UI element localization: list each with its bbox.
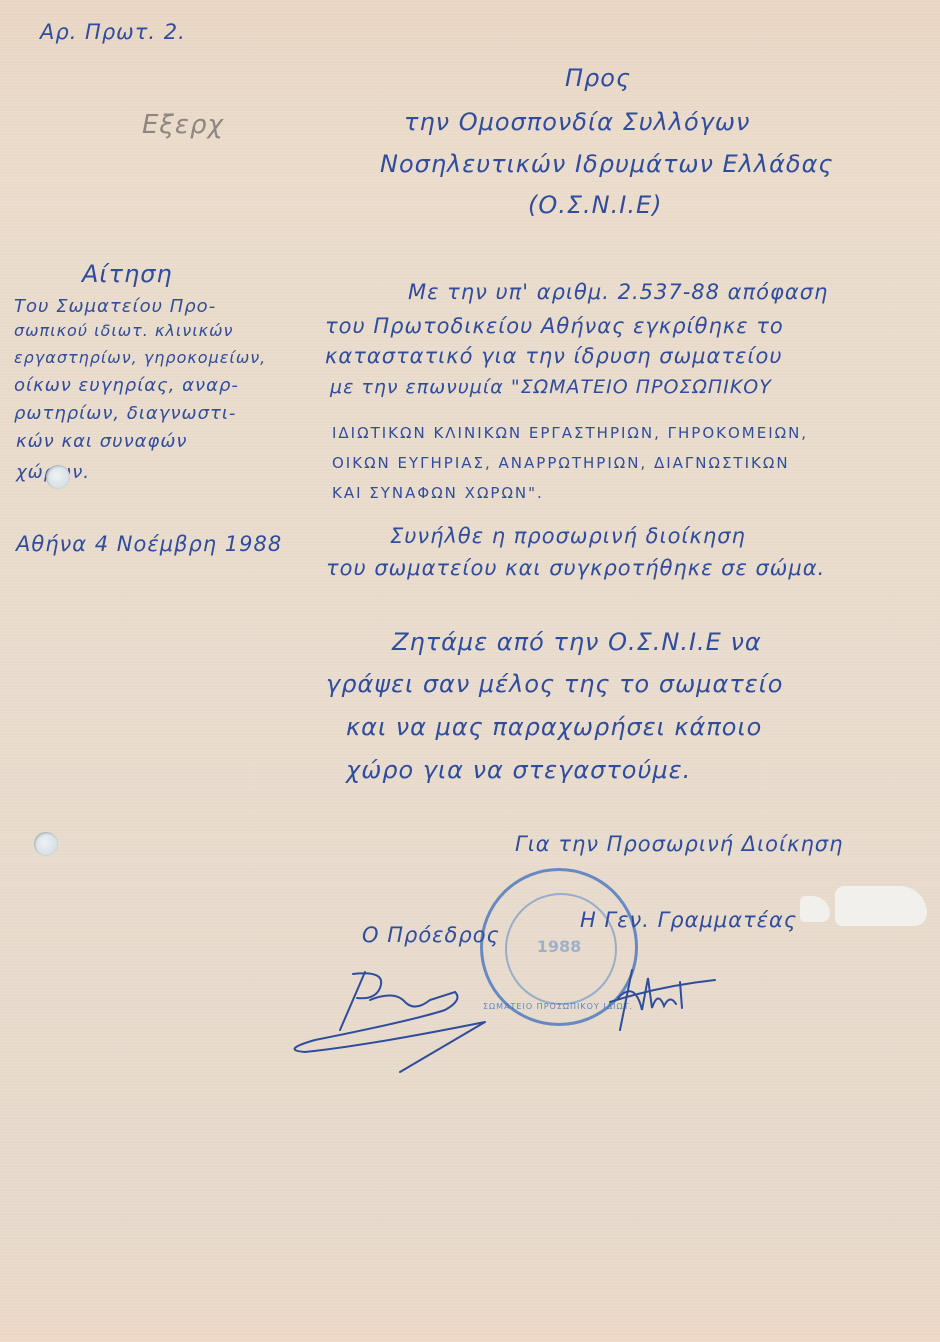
- president-label: Ο Πρόεδρος: [362, 925, 500, 946]
- body-line: γράψει σαν μέλος της το σωματείο: [326, 672, 783, 696]
- stamp-year: 1988: [483, 937, 635, 956]
- recipient-to: Προς: [565, 66, 631, 90]
- body-line: του Πρωτοδικείου Αθήνας εγκρίθηκε το: [325, 316, 784, 337]
- subject-title: Αίτηση: [82, 262, 173, 286]
- subject-line: εργαστηρίων, γηροκομείων,: [14, 350, 266, 366]
- body-line: Συνήλθε η προσωρινή διοίκηση: [390, 526, 746, 547]
- body-line: ΚΑΙ ΣΥΝΑΦΩΝ ΧΩΡΩΝ".: [332, 486, 544, 501]
- body-line: με την επωνυμία "ΣΩΜΑΤΕΙΟ ΠΡΟΣΩΠΙΚΟΥ: [330, 378, 772, 397]
- recipient-line-2: Νοσηλευτικών Ιδρυμάτων Ελλάδας: [380, 152, 834, 176]
- subject-line: οίκων ευγηρίας, αναρ-: [14, 377, 239, 395]
- correction-fluid-mark: [800, 896, 830, 922]
- recipient-line-1: την Ομοσπονδία Συλλόγων: [404, 110, 750, 134]
- subject-line: σωπικού ιδιωτ. κλινικών: [14, 323, 233, 339]
- protocol-number: Αρ. Πρωτ. 2.: [40, 22, 186, 43]
- punch-hole-top: [46, 465, 70, 489]
- body-line: ΟΙΚΩΝ ΕΥΓΗΡΙΑΣ, ΑΝΑΡΡΩΤΗΡΙΩΝ, ΔΙΑΓΝΩΣΤΙΚ…: [332, 456, 790, 471]
- closing-on-behalf: Για την Προσωρινή Διοίκηση: [515, 834, 843, 855]
- body-line: και να μας παραχωρήσει κάποιο: [346, 715, 762, 739]
- body-line: Με την υπ' αριθμ. 2.537-88 απόφαση: [408, 282, 828, 303]
- subject-line: ρωτηρίων, διαγνωστι-: [14, 405, 236, 423]
- secretary-label: Η Γεν. Γραμματέας: [580, 910, 797, 931]
- body-line: χώρο για να στεγαστούμε.: [346, 758, 691, 782]
- document-page: Αρ. Πρωτ. 2. Εξερχ Προς την Ομοσπονδία Σ…: [0, 0, 940, 1342]
- pencil-annotation: Εξερχ: [142, 112, 224, 138]
- president-signature: [285, 960, 505, 1070]
- body-line: ΙΔΙΩΤΙΚΩΝ ΚΛΙΝΙΚΩΝ ΕΡΓΑΣΤΗΡΙΩΝ, ΓΗΡΟΚΟΜΕ…: [332, 426, 808, 441]
- subject-line: κών και συναφών: [16, 433, 188, 451]
- place-date: Αθήνα 4 Νοέμβρη 1988: [16, 534, 282, 555]
- subject-line: Του Σωματείου Προ-: [14, 298, 216, 316]
- secretary-signature: [590, 960, 720, 1040]
- correction-fluid-mark: [835, 886, 927, 926]
- punch-hole-bottom: [34, 832, 58, 856]
- body-line: καταστατικό για την ίδρυση σωματείου: [325, 346, 783, 367]
- body-line: του σωματείου και συγκροτήθηκε σε σώμα.: [326, 558, 825, 579]
- recipient-line-3: (Ο.Σ.Ν.Ι.Ε): [528, 193, 663, 217]
- body-line: Ζητάμε από την Ο.Σ.Ν.Ι.Ε να: [392, 630, 762, 654]
